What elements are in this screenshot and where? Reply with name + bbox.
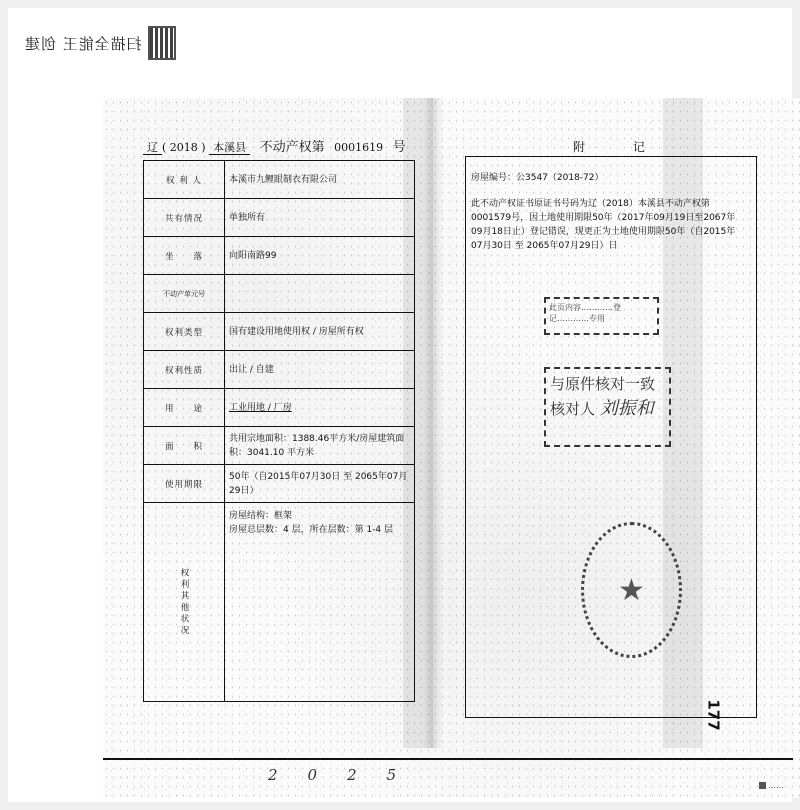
- scanned-page: 扫描全能王 创建 辽( 2018 ) 本溪县 不动产权第 0001619 号 权…: [8, 8, 792, 802]
- house-id: 房屋编号：公3547（2018-72）: [471, 170, 604, 183]
- row-value: 向阳南路99: [225, 237, 415, 275]
- row-value: 国有建设用地使用权 / 房屋所有权: [225, 313, 415, 351]
- signature: 刘振和: [600, 398, 654, 419]
- table-row: 面 积 共用宗地面积：1388.46平方米/房屋建筑面积：3041.10 平方米: [144, 427, 415, 465]
- registration-stamp: 此页内容…………登记…………专用: [544, 297, 659, 335]
- row-value: 本溪市九鲤眼制衣有限公司: [225, 161, 415, 199]
- table-row: 权利类型 国有建设用地使用权 / 房屋所有权: [144, 313, 415, 351]
- table-row: 不动产单元号: [144, 275, 415, 313]
- row-label: 权利性质: [144, 351, 225, 389]
- row-label: 面 积: [144, 427, 225, 465]
- row-label: 权利其他状况: [144, 503, 225, 702]
- page-number: 177: [705, 699, 723, 730]
- row-label: 坐 落: [144, 237, 225, 275]
- row-value: 50年（自2015年07月30日 至 2065年07月29日）: [225, 465, 415, 503]
- row-label: 权利类型: [144, 313, 225, 351]
- row-value: 房屋结构：框架 房屋总层数：4 层，所在层数：第 1-4 层: [225, 503, 415, 702]
- row-label: 使用期限: [144, 465, 225, 503]
- row-label: 权 利 人: [144, 161, 225, 199]
- correction-note: 此不动产权证书原证书号码为辽（2018）本溪县不动产权第0001579号，因土地…: [471, 197, 741, 253]
- row-value: 出让 / 自建: [225, 351, 415, 389]
- qr-code-icon: [150, 28, 174, 58]
- page-fold: [423, 98, 443, 748]
- verification-stamp: 与原件核对一致 核对人 刘振和: [544, 367, 671, 447]
- small-square-icon: [759, 782, 766, 789]
- scanner-watermark: 扫描全能王 创建: [24, 28, 174, 58]
- watermark-text: 扫描全能王 创建: [24, 33, 142, 54]
- table-row: 权利其他状况 房屋结构：框架 房屋总层数：4 层，所在层数：第 1-4 层: [144, 503, 415, 702]
- corner-mark: ……: [759, 781, 784, 790]
- row-value: [225, 275, 415, 313]
- row-label: 用 途: [144, 389, 225, 427]
- row-label: 共有情况: [144, 199, 225, 237]
- annex-title: 附 记: [573, 138, 667, 155]
- bottom-rule: [103, 758, 793, 760]
- certificate-scan: 辽( 2018 ) 本溪县 不动产权第 0001619 号 权 利 人 本溪市九…: [103, 98, 800, 798]
- row-value: 共用宗地面积：1388.46平方米/房屋建筑面积：3041.10 平方米: [225, 427, 415, 465]
- row-value: 单独所有: [225, 199, 415, 237]
- table-row: 坐 落 向阳南路99: [144, 237, 415, 275]
- table-row: 权 利 人 本溪市九鲤眼制衣有限公司: [144, 161, 415, 199]
- official-seal-icon: ★: [581, 522, 682, 658]
- certificate-number-header: 辽( 2018 ) 本溪县 不动产权第 0001619 号: [143, 136, 412, 155]
- table-row: 权利性质 出让 / 自建: [144, 351, 415, 389]
- property-rights-table: 权 利 人 本溪市九鲤眼制衣有限公司 共有情况 单独所有 坐 落 向阳南路99 …: [143, 160, 415, 702]
- annex-box: 房屋编号：公3547（2018-72） 此不动产权证书原证书号码为辽（2018）…: [465, 156, 757, 718]
- handwritten-note: 2025: [268, 766, 426, 784]
- row-label: 不动产单元号: [144, 275, 225, 313]
- table-row: 共有情况 单独所有: [144, 199, 415, 237]
- table-row: 使用期限 50年（自2015年07月30日 至 2065年07月29日）: [144, 465, 415, 503]
- table-row: 用 途 工业用地 / 厂房: [144, 389, 415, 427]
- row-value: 工业用地 / 厂房: [225, 389, 415, 427]
